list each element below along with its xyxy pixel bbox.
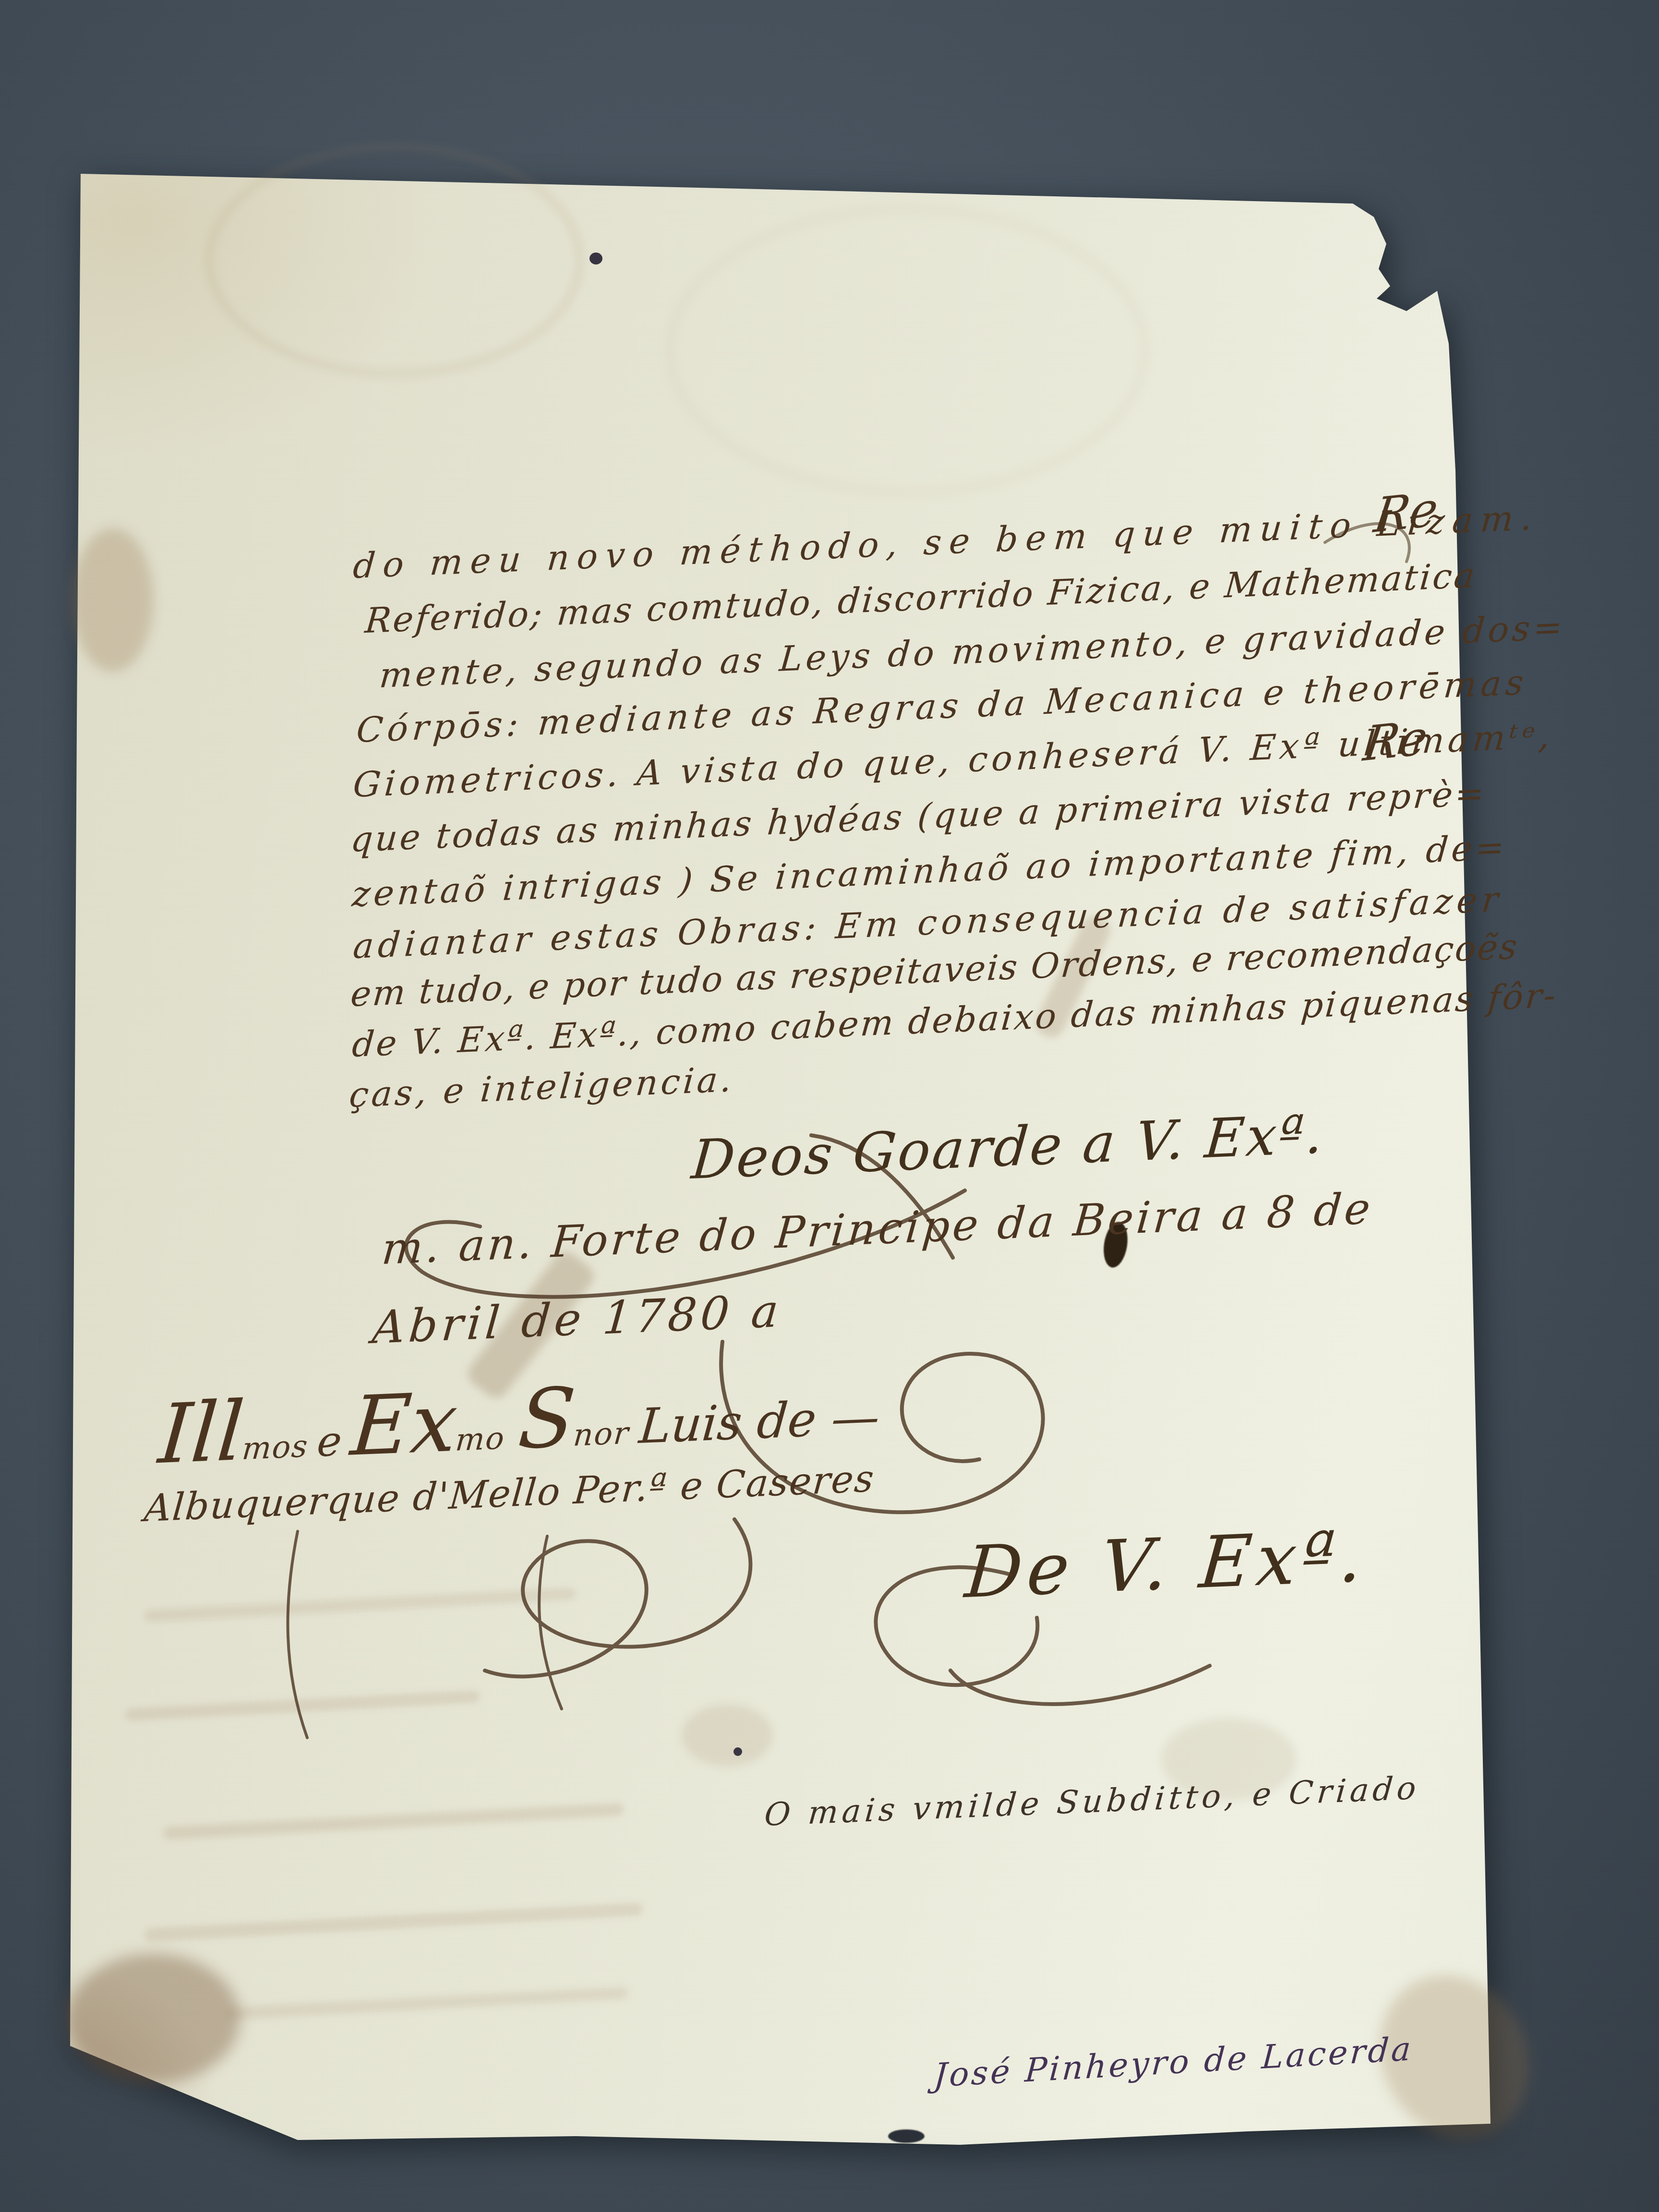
addressee-name: Luis de —: [637, 1388, 882, 1455]
paper-wrapper: [0, 0, 1659, 2212]
addressee-s: S: [515, 1370, 579, 1468]
addressee-ill: Ill: [156, 1383, 248, 1482]
manuscript-paper: [0, 0, 1659, 2212]
addressee-ill-sup: mos: [240, 1429, 310, 1467]
ink-dot-middle: [733, 1747, 742, 1756]
margin-flourish: Re: [1360, 710, 1431, 772]
addressee-e: e: [315, 1417, 344, 1467]
ink-dot-top: [589, 252, 602, 264]
margin-flourish: Re: [1370, 481, 1441, 544]
addressee-ex-sup: mo: [454, 1420, 506, 1458]
courtesy-flourish: De V. Exª.: [962, 1515, 1370, 1614]
addressee-s-sup: nor: [572, 1416, 630, 1454]
photo-scene: do meu novo méthodo, se bem que muito Li…: [0, 0, 1659, 2212]
addressee-ex: Ex: [348, 1375, 461, 1475]
edge-blot-bottom: [888, 2129, 925, 2143]
